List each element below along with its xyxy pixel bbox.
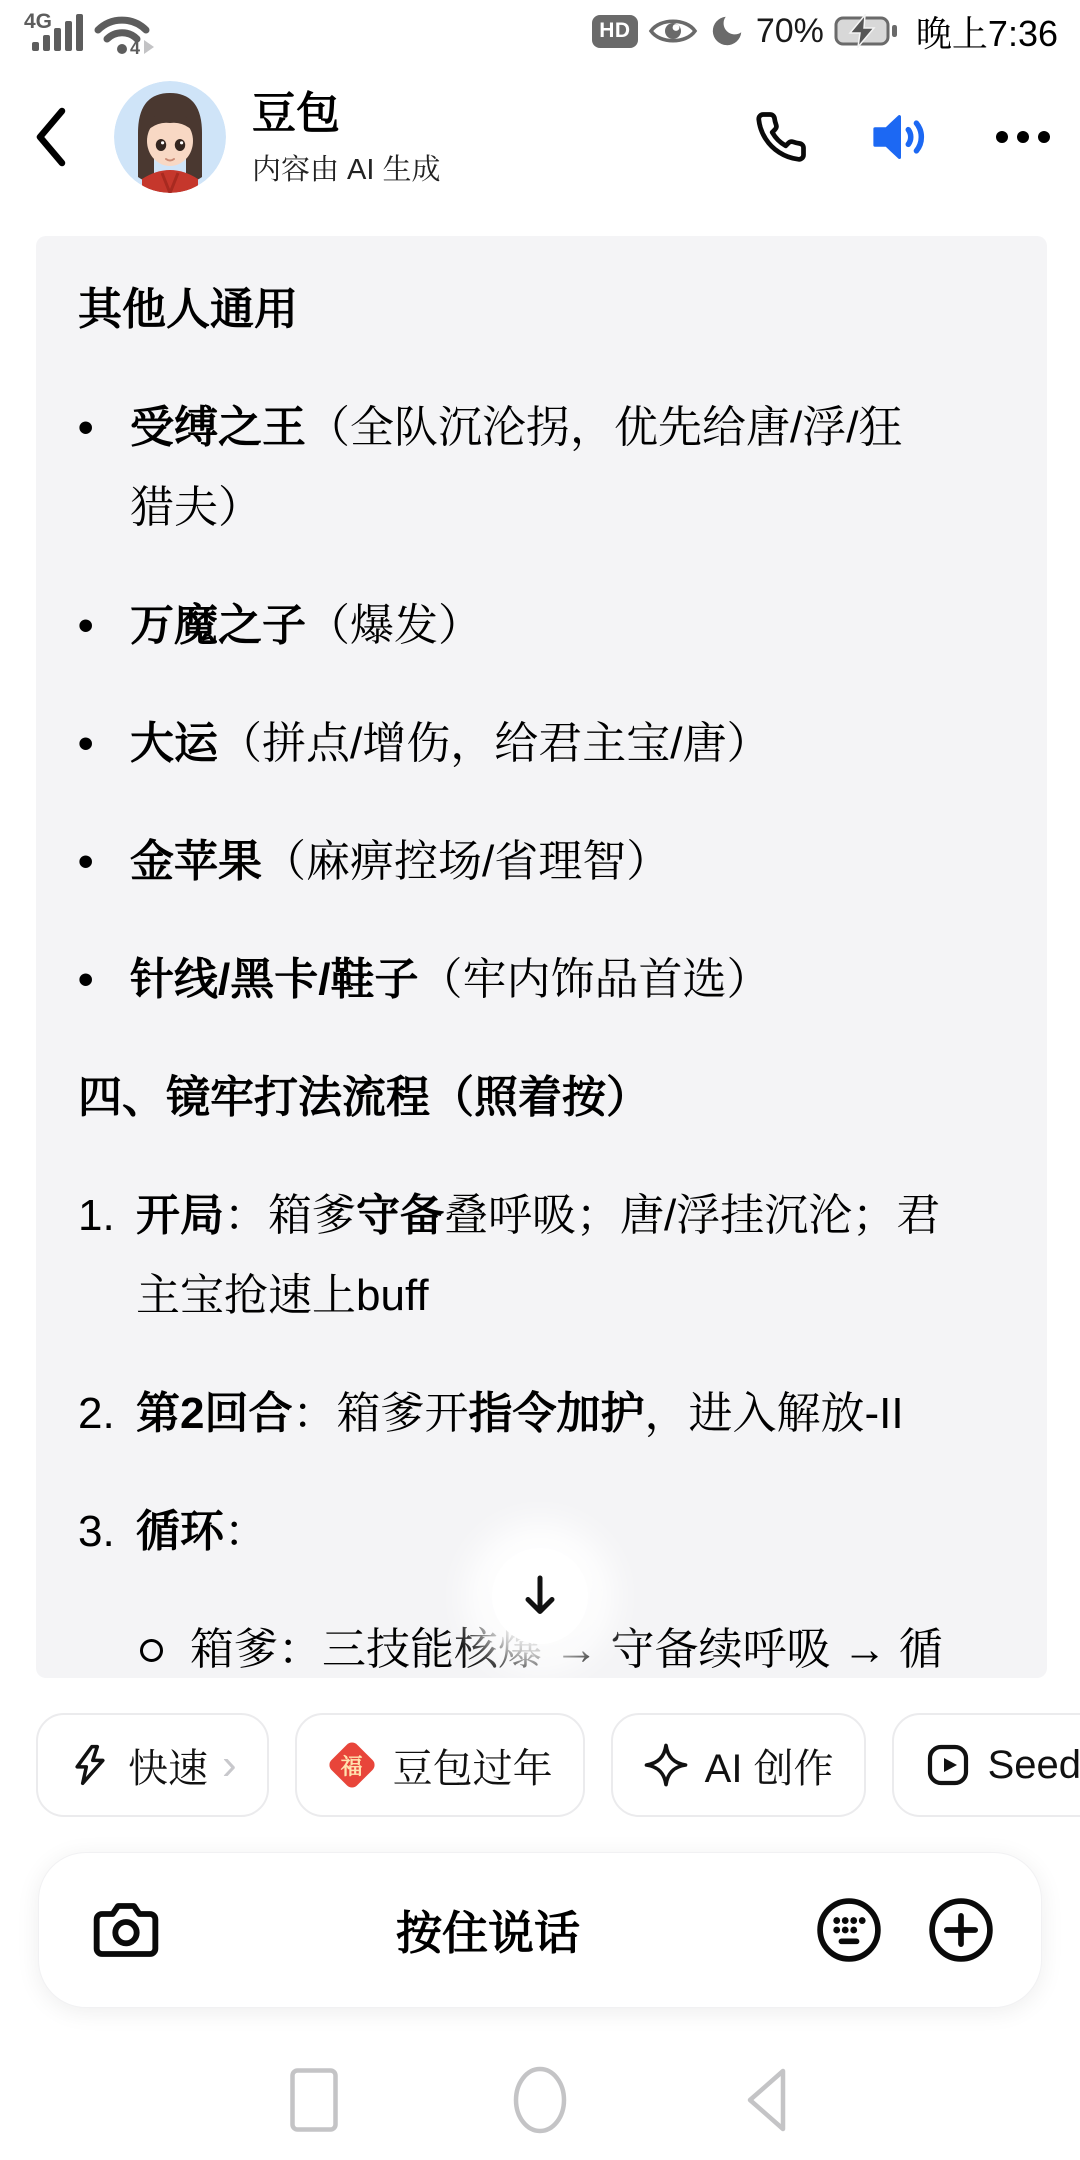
scroll-to-bottom-button[interactable] (492, 1548, 588, 1644)
chip-seedance[interactable]: Seedance (892, 1713, 1080, 1817)
input-right-icons (815, 1896, 995, 1964)
home-circle-icon (513, 2066, 567, 2134)
camera-button[interactable] (91, 1898, 161, 1962)
hold-to-talk-label[interactable]: 按住说话 (161, 1897, 815, 1963)
back-triangle-icon (744, 2066, 788, 2134)
lightning-icon (68, 1743, 112, 1787)
speaker-on-icon (870, 111, 932, 163)
ai-message-bubble: 其他人通用•受缚之王（全队沉沦拐，优先给唐/浮/狂猎夫）•万魔之子（爆发）•大运… (36, 236, 1047, 1678)
call-button[interactable] (754, 110, 808, 164)
list-marker: • (78, 940, 130, 1020)
camera-icon (91, 1898, 161, 1962)
list-marker: • (78, 388, 130, 548)
status-left-cluster: 4G 4 (22, 8, 212, 54)
ai-disclaimer: 内容由 AI 生成 (252, 147, 441, 188)
list-item-text: 开局：箱爹守备叠呼吸；唐/浮挂沉沦；君主宝抢速上buff (136, 1176, 1007, 1336)
bullet-item: •万魔之子（爆发） (78, 586, 1007, 666)
arrow-down-icon (519, 1573, 561, 1619)
tts-speaker-button[interactable] (870, 111, 932, 163)
signal-wifi-icon: 4G 4 (22, 8, 212, 54)
recents-square-icon (290, 2068, 338, 2132)
list-marker: • (78, 822, 130, 902)
header-titles: 豆包 内容由 AI 生成 (252, 87, 441, 188)
svg-text:4: 4 (130, 38, 140, 54)
list-item-text: 针线/黑卡/鞋子（牢内饰品首选） (130, 940, 1007, 1020)
list-item-text: 金苹果（麻痹控场/省理智） (130, 822, 1007, 902)
add-attachment-button[interactable] (927, 1896, 995, 1964)
status-right-cluster: HD 70% 晚上7:36 (592, 6, 1058, 57)
keyboard-icon (815, 1896, 883, 1964)
keyboard-toggle-button[interactable] (815, 1896, 883, 1964)
list-item-text: 第2回合：箱爹开指令加护，进入解放-II (136, 1374, 1007, 1454)
more-menu-button[interactable] (994, 130, 1052, 144)
list-item-text: 万魔之子（爆发） (130, 586, 1007, 666)
nav-back-button[interactable] (737, 2066, 795, 2134)
chip-quick[interactable]: 快速 › (36, 1713, 269, 1817)
home-button[interactable] (511, 2066, 569, 2134)
list-marker (140, 1610, 190, 1678)
sparkle-icon (643, 1742, 689, 1788)
message-content: 其他人通用•受缚之王（全队沉沦拐，优先给唐/浮/狂猎夫）•万魔之子（爆发）•大运… (78, 270, 1007, 1678)
android-nav-bar (0, 2052, 1080, 2148)
message-heading: 四、镜牢打法流程（照着按） (78, 1058, 1007, 1138)
eye-comfort-icon (648, 14, 698, 48)
message-heading: 其他人通用 (78, 270, 1007, 350)
chip-doubao-newyear[interactable]: 福 豆包过年 (295, 1713, 585, 1817)
chip-label: 豆包过年 (393, 1737, 553, 1794)
numbered-item: 1.开局：箱爹守备叠呼吸；唐/浮挂沉沦；君主宝抢速上buff (78, 1176, 1007, 1336)
plus-icon (927, 1896, 995, 1964)
list-marker: 3. (78, 1492, 136, 1572)
list-item-text: 箱爹：三技能核爆 → 守备续呼吸 → 循 (190, 1610, 1007, 1678)
wifi-icon: 4 (98, 20, 154, 54)
bullet-item: •金苹果（麻痹控场/省理智） (78, 822, 1007, 902)
list-marker: • (78, 704, 130, 784)
back-button[interactable] (34, 102, 90, 172)
moon-icon (708, 12, 746, 50)
list-marker: 2. (78, 1374, 136, 1454)
phone-icon (754, 110, 808, 164)
bullet-item: •大运（拼点/增伤，给君主宝/唐） (78, 704, 1007, 784)
clock-label: 晚上7:36 (916, 6, 1058, 57)
list-item-text: 大运（拼点/增伤，给君主宝/唐） (130, 704, 1007, 784)
chat-header: 豆包 内容由 AI 生成 (0, 56, 1080, 218)
status-bar: 4G 4 HD 70% (0, 0, 1080, 56)
bot-name: 豆包 (252, 87, 441, 141)
battery-charging-icon (834, 14, 900, 48)
hd-icon: HD (592, 15, 638, 48)
back-chevron-icon (34, 106, 68, 168)
suggestion-chips-row: 快速 › 福 豆包过年 AI 创作 Seedance (0, 1713, 1080, 1817)
list-item-text: 受缚之王（全队沉沦拐，优先给唐/浮/狂猎夫） (130, 388, 1007, 548)
battery-percent-label: 70% (756, 12, 824, 51)
ellipsis-icon (994, 130, 1052, 144)
list-marker: 1. (78, 1176, 136, 1336)
recents-button[interactable] (285, 2068, 343, 2132)
network-type-label: 4G (24, 10, 52, 33)
bullet-item: •受缚之王（全队沉沦拐，优先给唐/浮/狂猎夫） (78, 388, 1007, 548)
chip-label: Seedance (988, 1743, 1080, 1788)
chip-label: AI 创作 (705, 1737, 834, 1794)
chip-ai-create[interactable]: AI 创作 (611, 1713, 866, 1817)
header-actions (754, 110, 1052, 164)
chip-label: 快速 (128, 1737, 208, 1794)
play-video-icon (924, 1741, 972, 1789)
voice-input-bar[interactable]: 按住说话 (38, 1852, 1042, 2008)
bullet-item: •针线/黑卡/鞋子（牢内饰品首选） (78, 940, 1007, 1020)
list-marker: • (78, 586, 130, 666)
avatar[interactable] (114, 81, 226, 193)
fu-badge-icon: 福 (327, 1740, 377, 1790)
chevron-right-icon: › (222, 1740, 237, 1790)
numbered-item: 2.第2回合：箱爹开指令加护，进入解放-II (78, 1374, 1007, 1454)
